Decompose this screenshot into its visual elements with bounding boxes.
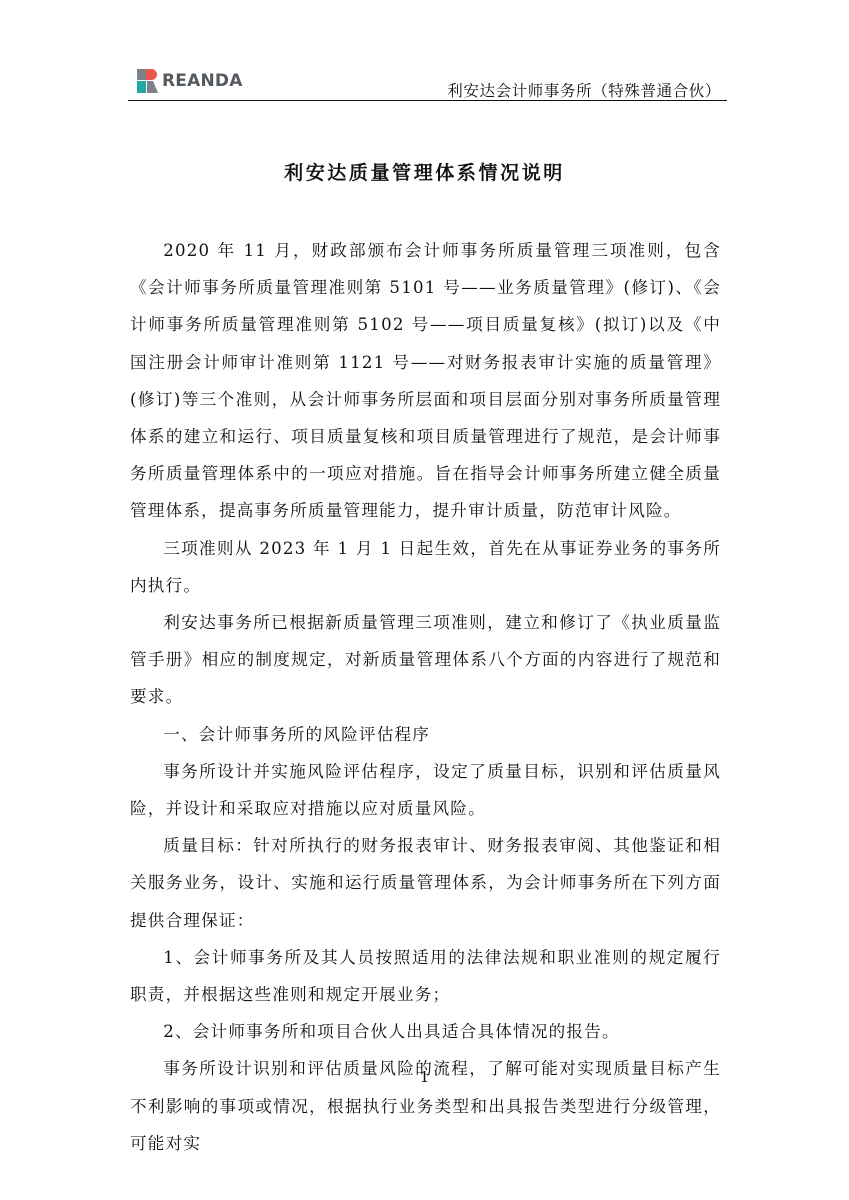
paragraph-effective-date: 三项准则从 2023 年 1 月 1 日起生效，首先在从事证券业务的事务所内执行… [130,530,721,604]
logo-text: REANDA [162,73,243,90]
paragraph-quality-objectives: 质量目标：针对所执行的财务报表审计、财务报表审阅、其他鉴证和相关服务业务，设计、… [130,827,721,939]
page-number: 1 [0,1068,849,1086]
header-organization-name: 利安达会计师事务所（特殊普通合伙） [447,79,721,101]
paragraph-intro: 2020 年 11 月，财政部颁布会计师事务所质量管理三项准则，包含《会计师事务… [130,232,721,530]
reanda-logo-mark-icon [137,69,159,93]
document-body: 2020 年 11 月，财政部颁布会计师事务所质量管理三项准则，包含《会计师事务… [130,232,721,1162]
section-heading-risk-assessment: 一、会计师事务所的风险评估程序 [130,716,721,753]
list-item-2: 2、会计师事务所和项目合伙人出具适合具体情况的报告。 [130,1013,721,1050]
list-item-1: 1、会计师事务所及其人员按照适用的法律法规和职业准则的规定履行职责，并根据这些准… [130,939,721,1013]
reanda-logo: REANDA [137,68,243,94]
header-divider [128,100,727,101]
document-title: 利安达质量管理体系情况说明 [0,158,849,185]
paragraph-risk-assessment: 事务所设计并实施风险评估程序，设定了质量目标，识别和评估质量风险，并设计和采取应… [130,753,721,827]
document-page: REANDA 利安达会计师事务所（特殊普通合伙） 利安达质量管理体系情况说明 2… [0,0,849,1200]
paragraph-reanda-implementation: 利安达事务所已根据新质量管理三项准则，建立和修订了《执业质量监管手册》相应的制度… [130,604,721,716]
